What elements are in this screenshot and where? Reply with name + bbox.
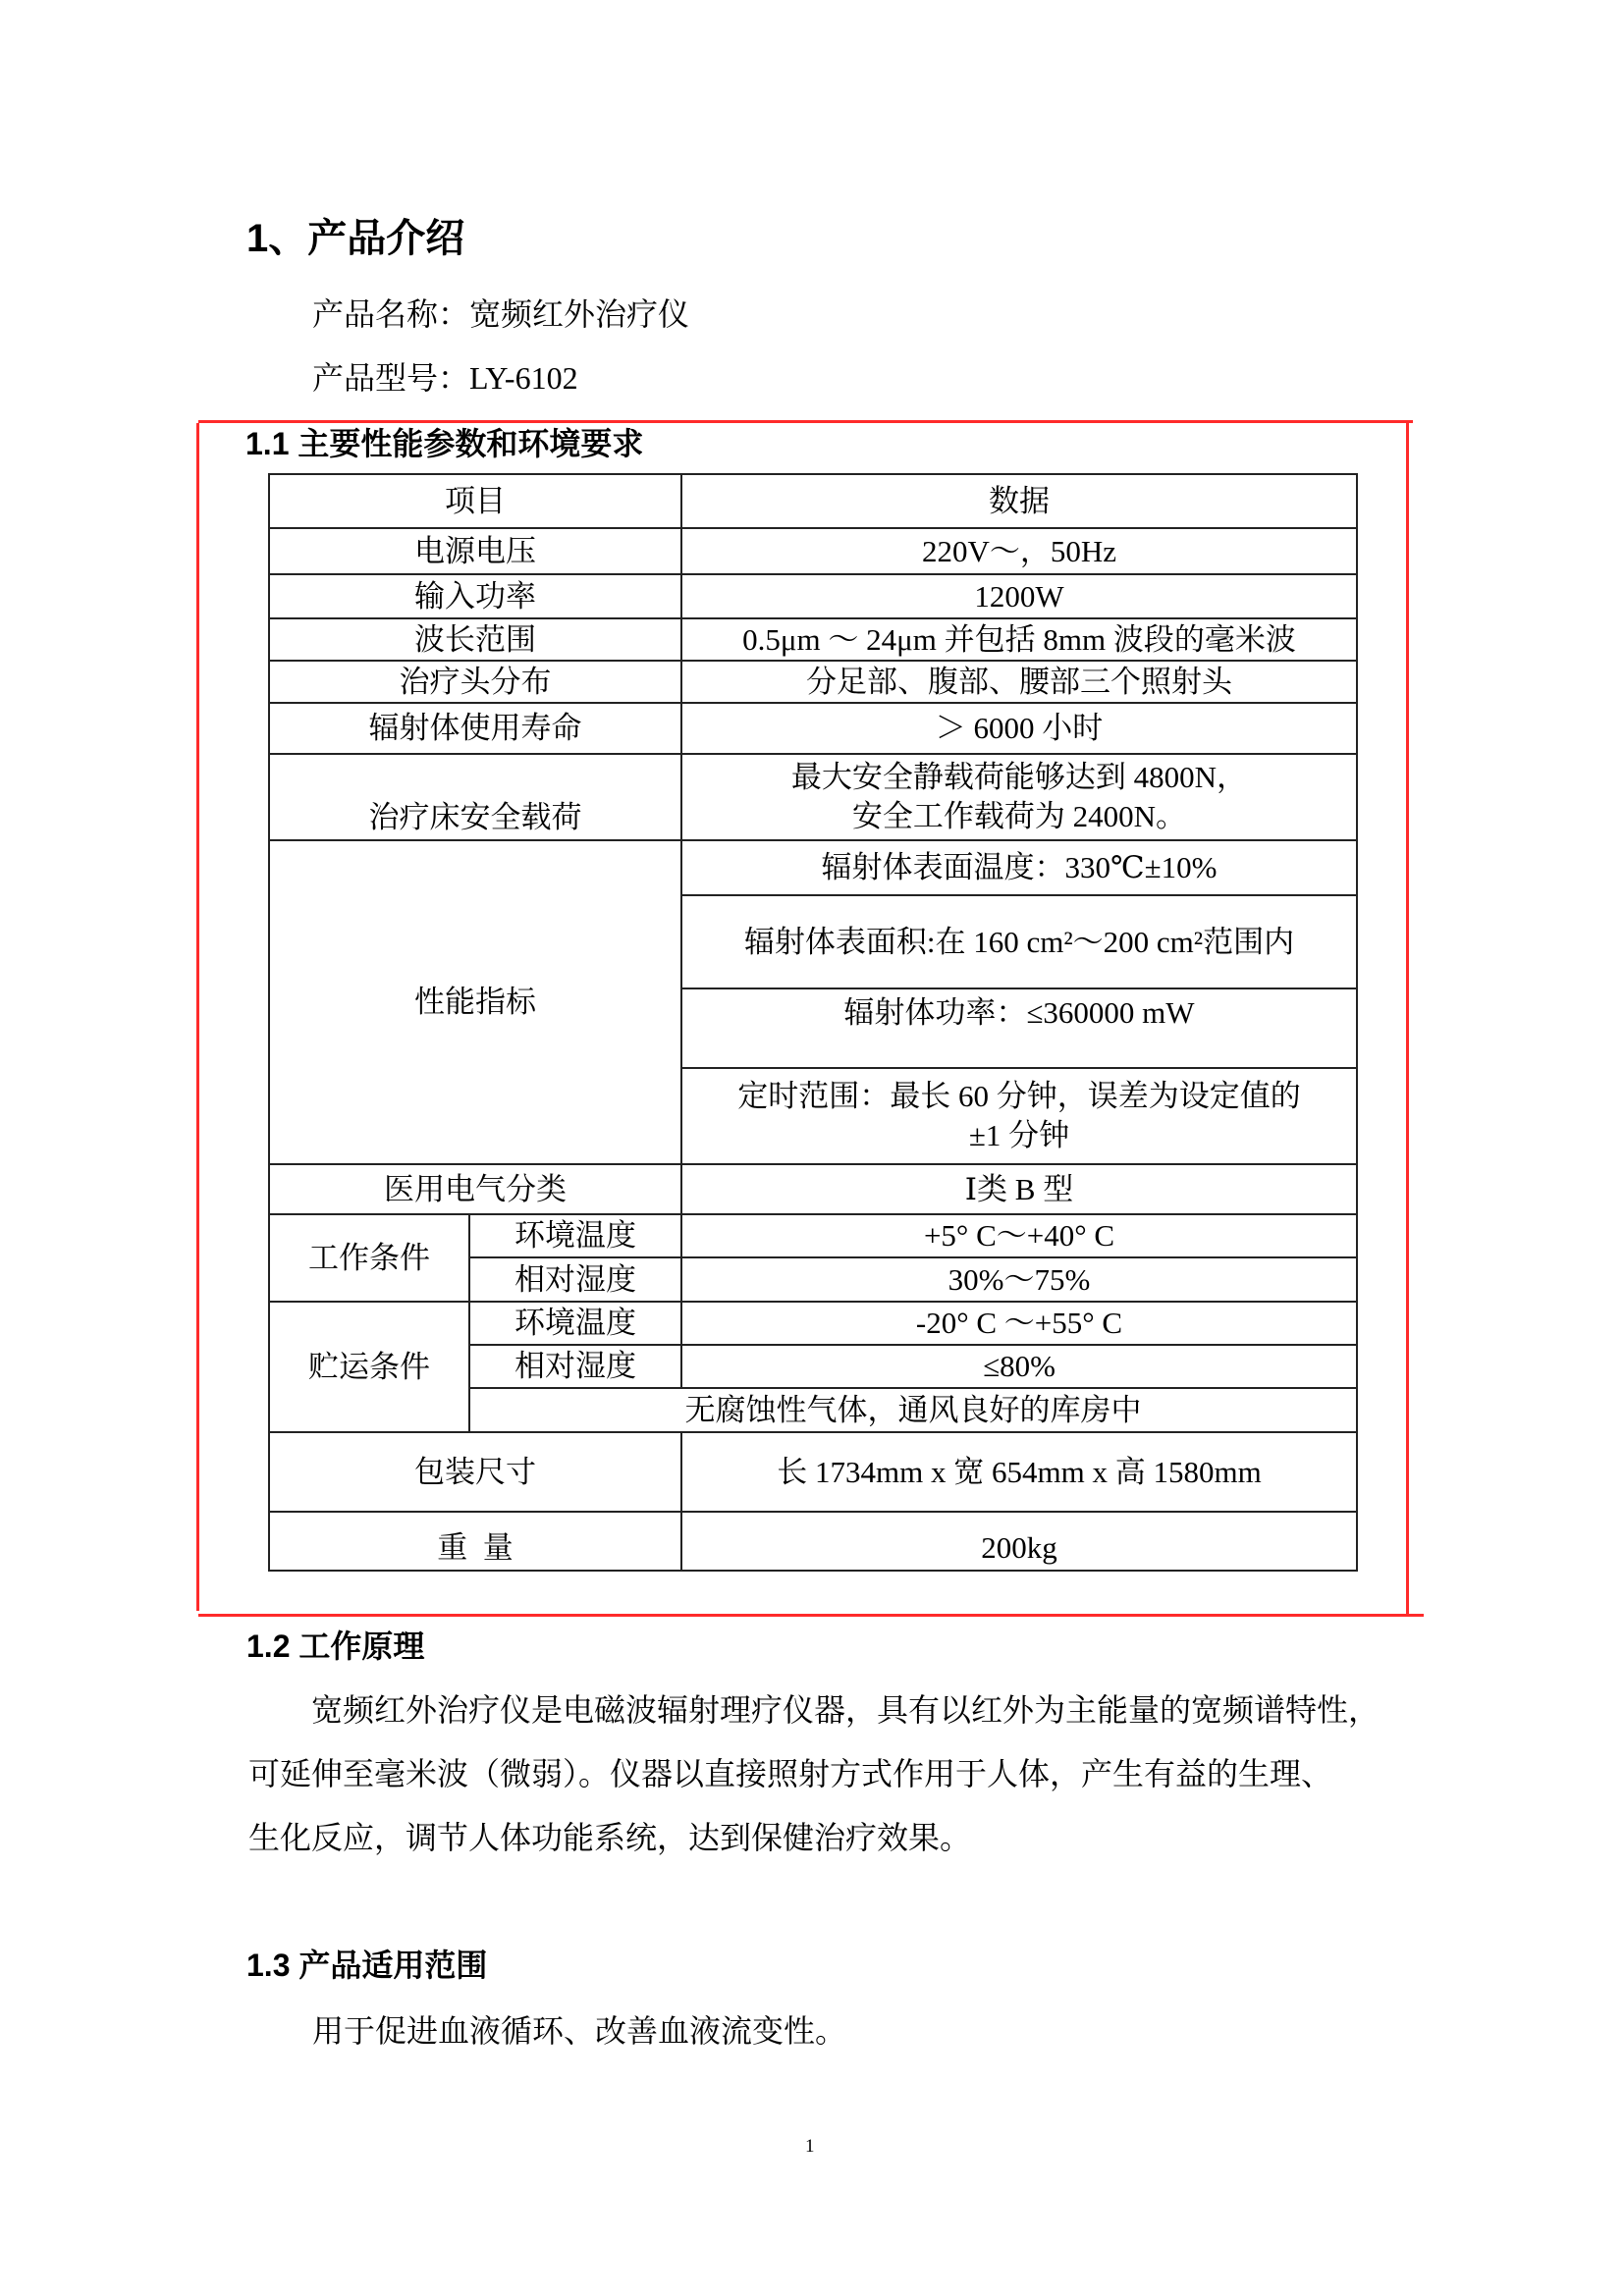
spec-table: 项目 数据 电源电压 220V～，50Hz 输入功率 1200W 波长范围 0.… <box>268 473 1358 1572</box>
application-scope-text: 用于促进血液循环、改善血液流变性。 <box>312 2011 846 2051</box>
value-line: ±1 分钟 <box>682 1116 1356 1155</box>
row-label: 波长范围 <box>269 618 681 661</box>
paragraph-line: 生化反应，调节人体功能系统，达到保健治疗效果。 <box>248 1806 1392 1870</box>
row-label: 重 量 <box>269 1512 681 1571</box>
table-row: 性能指标 辐射体表面温度：330℃±10% <box>269 840 1357 895</box>
row-value: 0.5μm ～ 24μm 并包括 8mm 波段的毫米波 <box>681 618 1357 661</box>
table-row: 辐射体使用寿命 ＞ 6000 小时 <box>269 703 1357 754</box>
row-label: 治疗头分布 <box>269 661 681 703</box>
highlight-border-left <box>196 423 199 1611</box>
paragraph-line: 宽频红外治疗仪是电磁波辐射理疗仪器，具有以红外为主能量的宽频谱特性， <box>248 1679 1392 1742</box>
row-value: 30%～75% <box>681 1257 1357 1302</box>
row-label: 包装尺寸 <box>269 1432 681 1512</box>
highlight-border-right <box>1406 420 1409 1616</box>
row-value: ≤80% <box>681 1345 1357 1388</box>
table-row: 贮运条件 环境温度 -20° C ～+55° C <box>269 1302 1357 1345</box>
row-value: 辐射体表面温度：330℃±10% <box>681 840 1357 895</box>
product-name-line: 产品名称：宽频红外治疗仪 <box>312 294 689 334</box>
product-model-value: LY-6102 <box>469 360 578 396</box>
product-name-label: 产品名称： <box>312 296 469 332</box>
row-value: 220V～，50Hz <box>681 528 1357 574</box>
row-label: 输入功率 <box>269 574 681 618</box>
row-value: 辐射体表面积:在 160 cm²～200 cm²范围内 <box>681 895 1357 988</box>
row-sublabel: 相对湿度 <box>469 1345 681 1388</box>
table-row: 医用电气分类 Ⅰ类 B 型 <box>269 1164 1357 1214</box>
row-value: -20° C ～+55° C <box>681 1302 1357 1345</box>
row-value: 1200W <box>681 574 1357 618</box>
highlight-border-bottom <box>198 1614 1424 1617</box>
value-line: 安全工作载荷为 2400N。 <box>682 797 1356 836</box>
row-value-multiline: 最大安全静载荷能够达到 4800N， 安全工作载荷为 2400N。 <box>681 754 1357 840</box>
row-value: 长 1734mm x 宽 654mm x 高 1580mm <box>681 1432 1357 1512</box>
table-row: 电源电压 220V～，50Hz <box>269 528 1357 574</box>
row-value: +5° C～+40° C <box>681 1214 1357 1257</box>
row-value: 辐射体功率：≤360000 mW <box>681 988 1357 1068</box>
value-line: 定时范围：最长 60 分钟，误差为设定值的 <box>682 1077 1356 1116</box>
highlight-border-top <box>198 420 1413 423</box>
table-header-row: 项目 数据 <box>269 474 1357 528</box>
row-value-multiline: 定时范围：最长 60 分钟，误差为设定值的 ±1 分钟 <box>681 1068 1357 1164</box>
table-row: 重 量 200kg <box>269 1512 1357 1571</box>
row-label-storage-conditions: 贮运条件 <box>269 1302 469 1432</box>
table-row: 包装尺寸 长 1734mm x 宽 654mm x 高 1580mm <box>269 1432 1357 1512</box>
header-data: 数据 <box>681 474 1357 528</box>
row-label: 医用电气分类 <box>269 1164 681 1214</box>
working-principle-paragraph: 宽频红外治疗仪是电磁波辐射理疗仪器，具有以红外为主能量的宽频谱特性， 可延伸至毫… <box>248 1679 1392 1870</box>
row-label: 电源电压 <box>269 528 681 574</box>
product-model-label: 产品型号： <box>312 360 469 396</box>
row-label-performance: 性能指标 <box>269 840 681 1164</box>
row-value: ＞ 6000 小时 <box>681 703 1357 754</box>
product-name-value: 宽频红外治疗仪 <box>469 296 689 332</box>
value-line: 最大安全静载荷能够达到 4800N， <box>682 758 1356 797</box>
table-row: 治疗头分布 分足部、腹部、腰部三个照射头 <box>269 661 1357 703</box>
row-sublabel: 相对湿度 <box>469 1257 681 1302</box>
row-label: 辐射体使用寿命 <box>269 703 681 754</box>
table-row: 输入功率 1200W <box>269 574 1357 618</box>
header-item: 项目 <box>269 474 681 528</box>
table-row: 工作条件 环境温度 +5° C～+40° C <box>269 1214 1357 1257</box>
section-1-1-heading: 1.1 主要性能参数和环境要求 <box>245 424 643 463</box>
row-value: Ⅰ类 B 型 <box>681 1164 1357 1214</box>
paragraph-line: 可延伸至毫米波（微弱）。仪器以直接照射方式作用于人体，产生有益的生理、 <box>248 1742 1392 1806</box>
row-value: 分足部、腹部、腰部三个照射头 <box>681 661 1357 703</box>
section-title: 1、产品介绍 <box>246 214 464 263</box>
row-label: 治疗床安全载荷 <box>269 754 681 840</box>
table-row: 治疗床安全载荷 最大安全静载荷能够达到 4800N， 安全工作载荷为 2400N… <box>269 754 1357 840</box>
section-1-2-heading: 1.2 工作原理 <box>246 1627 424 1666</box>
row-sublabel: 环境温度 <box>469 1302 681 1345</box>
document-page: 1、产品介绍 产品名称：宽频红外治疗仪 产品型号：LY-6102 1.1 主要性… <box>0 0 1624 2296</box>
page-number: 1 <box>805 2136 815 2158</box>
section-1-3-heading: 1.3 产品适用范围 <box>246 1946 487 1985</box>
product-model-line: 产品型号：LY-6102 <box>312 358 578 398</box>
row-value-note: 无腐蚀性气体，通风良好的库房中 <box>469 1388 1357 1432</box>
row-label-working-conditions: 工作条件 <box>269 1214 469 1302</box>
table-row: 波长范围 0.5μm ～ 24μm 并包括 8mm 波段的毫米波 <box>269 618 1357 661</box>
row-value: 200kg <box>681 1512 1357 1571</box>
row-sublabel: 环境温度 <box>469 1214 681 1257</box>
